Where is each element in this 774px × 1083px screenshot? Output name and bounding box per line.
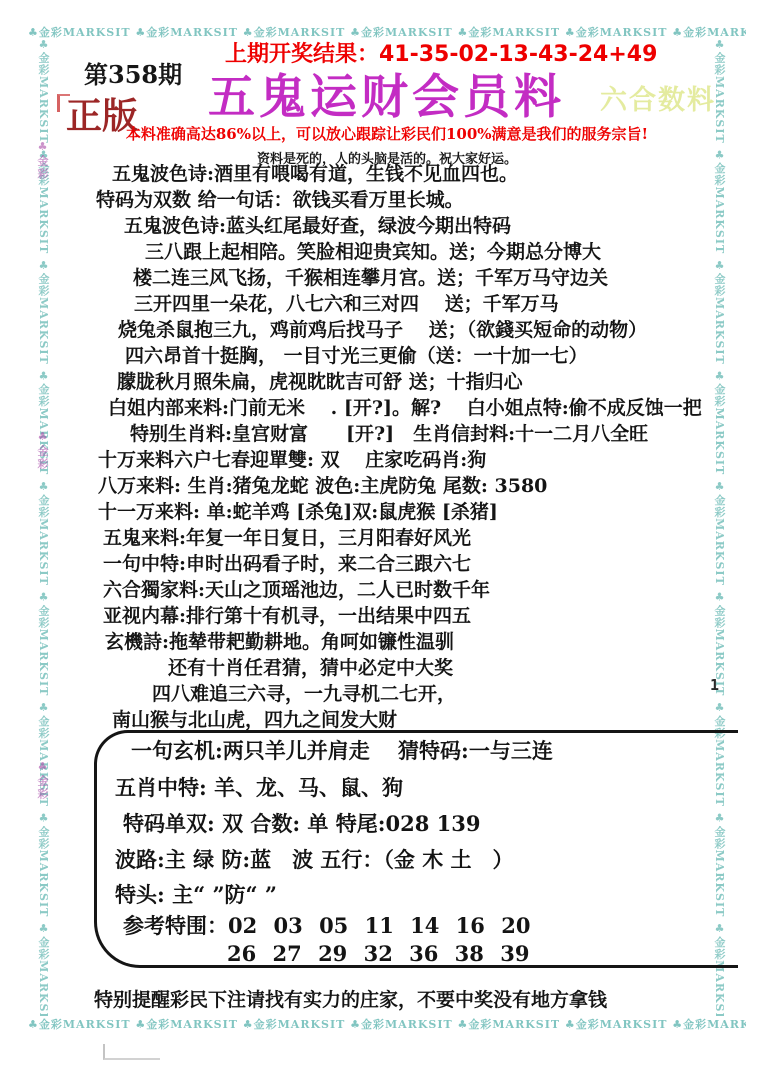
tip-line: 五鬼波色诗:酒里有喂喝有道，生钱不见血四也。 bbox=[0, 161, 774, 187]
tip-line: 六合獨家料:天山之顶瑶池边，二人已时数千年 bbox=[0, 577, 774, 603]
tip-line: 烧兔杀鼠抱三九，鸡前鸡后找马子 送；（欲錢买短命的动物） bbox=[0, 317, 774, 343]
tip-line: 四八难追三六寻，一九寻机二七开， bbox=[0, 681, 774, 707]
issue-number: 第358期 bbox=[84, 55, 182, 90]
tip-lines: 五鬼波色诗:酒里有喂喝有道，生钱不见血四也。 特码为双数 给一句话：欲钱买看万里… bbox=[0, 161, 774, 733]
border-watermark-bottom: ♣金彩MARKSIT ♣金彩MARKSIT ♣金彩MARKSIT ♣金彩MARK… bbox=[28, 1018, 746, 1033]
box-five-zodiac: 五肖中特: 羊、龙、马、鼠、狗 bbox=[97, 769, 738, 806]
box-mystery-line: 一句玄机:两只羊儿并肩走 猜特码:一与三连 bbox=[97, 735, 738, 769]
prediction-box: 一句玄机:两只羊儿并肩走 猜特码:一与三连 五肖中特: 羊、龙、马、鼠、狗 特码… bbox=[94, 730, 738, 968]
footer-reminder: 特别提醒彩民下注请找有实力的庄家，不要中奖没有地方拿钱 bbox=[94, 985, 607, 1012]
tip-line: 一句中特:申时出码看子时，来二合三跟六七 bbox=[0, 551, 774, 577]
tip-line: 五鬼来料:年复一年日复日，三月阳春好风光 bbox=[0, 525, 774, 551]
box-odd-even: 特码单双: 双 合数: 单 特尾:028 139 bbox=[97, 806, 738, 842]
tip-line: 还有十肖任君猜，猜中必定中大奖 bbox=[0, 655, 774, 681]
box-reference-numbers-row1: 参考特围：02 03 05 11 14 16 20 bbox=[97, 911, 738, 940]
tip-line: 三开四里一朵花，八七六和三对四 送；千军万马 bbox=[0, 291, 774, 317]
tip-line: 白姐内部来料:门前无米 . [开?]。解? 白小姐点特:偷不成反蚀一把 bbox=[0, 395, 774, 421]
tip-line: 十一万来料: 单:蛇羊鸡 [杀兔]双:鼠虎猴 [杀猪] bbox=[0, 499, 774, 525]
tip-line: 朦胧秋月照朱扁，虎视眈眈吉可舒 送；十指归心 bbox=[0, 369, 774, 395]
tip-line: 亚视内幕:排行第十有机寻，一出结果中四五 bbox=[0, 603, 774, 629]
tip-line: 特码为双数 给一句话：欲钱买看万里长城。 bbox=[0, 187, 774, 213]
page-title: 五鬼运财会员料 bbox=[208, 60, 565, 127]
tip-line: 十万来料六户七春迎單雙: 双 庄家吃码肖:狗 bbox=[0, 447, 774, 473]
decorative-corner-mark bbox=[103, 1044, 160, 1060]
tip-line: 特别生肖料:皇宫财富 [开?] 生肖信封料:十一二月八全旺 bbox=[0, 421, 774, 447]
tip-line: 四六昂首十挺胸， 一目寸光三更偷（送：一十加一七） bbox=[0, 343, 774, 369]
tip-line: 楼二连三风飞扬，千猴相连攀月宫。送；千军万马守边关 bbox=[0, 265, 774, 291]
tip-line: 玄機詩:拖辇带耙勤耕地。角呵如镰性温驯 bbox=[0, 629, 774, 655]
box-wave-elements: 波路:主 绿 防:蓝 波 五行：（金 木 土 ） bbox=[97, 842, 738, 878]
title-watermark: 六合数料 bbox=[600, 78, 716, 117]
box-special-head: 特头: 主“ ”防“ ” bbox=[97, 878, 738, 911]
lottery-tip-sheet: ♣金彩MARKSIT ♣金彩MARKSIT ♣金彩MARKSIT ♣金彩MARK… bbox=[0, 0, 774, 1083]
tip-line: 八万来料: 生肖:猪兔龙蛇 波色:主虎防兔 尾数: 3580 bbox=[0, 473, 774, 499]
box-reference-numbers-row2: 26 27 29 32 36 38 39 bbox=[97, 940, 738, 968]
tip-line: 三八跟上起相陪。笑脸相迎贵宾知。送；今期总分博大 bbox=[0, 239, 774, 265]
accuracy-slogan: 本料准确高达86%以上，可以放心跟踪让彩民们100%满意是我们的服务宗旨! bbox=[0, 123, 774, 144]
border-accent-glyph: ♣金彩 bbox=[35, 760, 50, 801]
tip-line: 五鬼波色诗:蓝头红尾最好查，绿波今期出特码 bbox=[0, 213, 774, 239]
